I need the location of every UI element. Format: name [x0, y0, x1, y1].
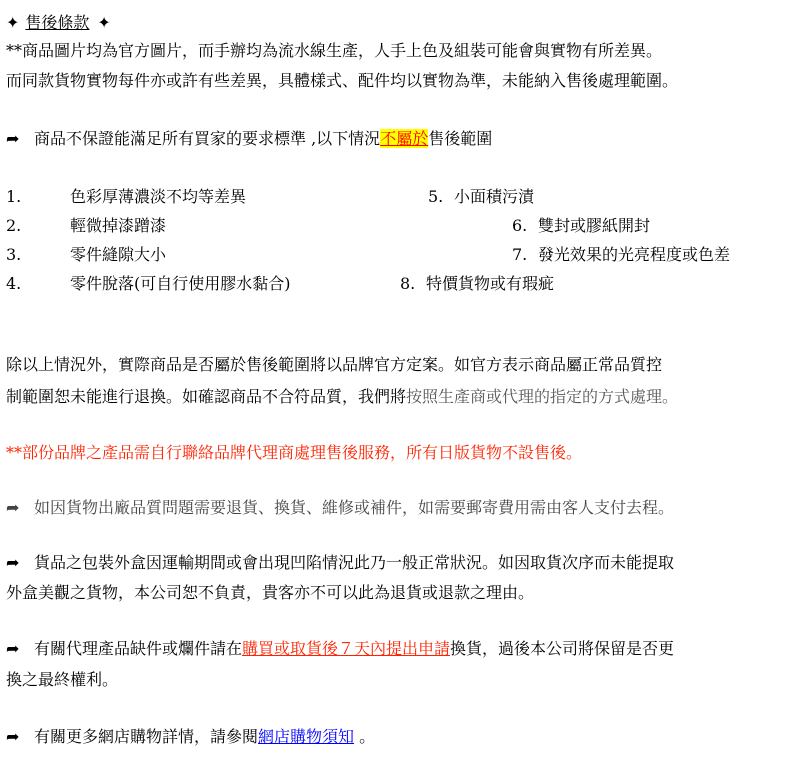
not-covered-highlight: 不屬於: [380, 129, 428, 148]
item-text: 零件縫隙大小: [70, 245, 166, 264]
item-number: 1.: [6, 186, 70, 208]
policy-text: 制範圍恕未能進行退換。如確認商品不合符品質，我們將: [6, 387, 406, 406]
more-info-notice: ➦有關更多網店購物詳情，請參閱網店購物須知 。: [6, 726, 375, 748]
defect-notice-text: 如因貨物出廠品質問題需要退貨、換貨、維修或補件，如需要郵寄費用需由客人支付去程。: [34, 498, 674, 517]
item-text: 雙封或膠紙開封: [538, 216, 650, 235]
more-info-text-end: 。: [354, 727, 375, 746]
exclusion-item: 5.小面積污漬: [428, 186, 534, 208]
brand-notice: **部份品牌之產品需自行聯絡品牌代理商處理售後服務，所有日版貨物不設售後。: [6, 442, 582, 464]
defect-notice: ➦如因貨物出廠品質問題需要退貨、換貨、維修或補件，如需要郵寄費用需由客人支付去程…: [6, 497, 674, 519]
missing-parts-notice-line-2: 換之最終權利。: [6, 669, 118, 691]
diamond-icon: ✦: [97, 12, 110, 34]
more-info-text: 有關更多網店購物詳情，請參閱: [34, 727, 258, 746]
arrow-icon: ➦: [6, 497, 26, 519]
missing-parts-notice-line-1: ➦有關代理產品缺件或爛件請在購買或取貨後７天內提出申請換貨，過後本公司將保留是否…: [6, 638, 674, 660]
exclusion-item: 3.零件縫隙大小: [6, 244, 166, 266]
item-text: 輕微掉漆蹭漆: [70, 216, 166, 235]
exclusion-item: 4.零件脫落(可自行使用膠水黏合): [6, 273, 291, 295]
item-number: 5.: [428, 186, 454, 208]
item-number: 3.: [6, 244, 70, 266]
item-text: 小面積污漬: [454, 187, 534, 206]
item-number: 6.: [512, 215, 538, 237]
item-number: 8.: [400, 273, 426, 295]
arrow-icon: ➦: [6, 552, 26, 574]
policy-line-1: 除以上情況外，實際商品是否屬於售後範圍將以品牌官方定案。如官方表示商品屬正常品質…: [6, 354, 662, 376]
intro-line-2: 而同款貨物實物每件亦或許有些差異，具體樣式、配件均以實物為準，未能納入售後處理範…: [6, 70, 678, 92]
item-text: 特價貨物或有瑕疵: [426, 274, 554, 293]
item-number: 4.: [6, 273, 70, 295]
title-text: 售後條款: [25, 13, 89, 32]
packaging-notice-line-1: ➦貨品之包裝外盒因運輸期間或會出現凹陷情況此乃一般正常狀況。如因取貨次序而未能提…: [6, 552, 674, 574]
packaging-notice-line-2: 外盒美觀之貨物，本公司恕不負責，貴客亦不可以此為退貨或退款之理由。: [6, 582, 534, 604]
diamond-icon: ✦: [6, 12, 19, 34]
exclusion-warning: ➦商品不保證能滿足所有買家的要求標準 ,以下情況不屬於售後範圍: [6, 128, 492, 150]
deadline-text: 購買或取貨後７天內提出申請: [242, 639, 450, 658]
item-text: 零件脫落(可自行使用膠水黏合): [70, 274, 291, 293]
exclusion-item: 8.特價貨物或有瑕疵: [400, 273, 554, 295]
arrow-icon: ➦: [6, 726, 26, 748]
exclusion-item: 6.雙封或膠紙開封: [512, 215, 650, 237]
arrow-icon: ➦: [6, 638, 26, 660]
shopping-guide-link[interactable]: 網店購物須知: [258, 727, 354, 746]
item-text: 發光效果的光亮程度或色差: [538, 245, 730, 264]
missing-parts-text: 有關代理產品缺件或爛件請在: [34, 639, 242, 658]
packaging-notice-text: 貨品之包裝外盒因運輸期間或會出現凹陷情況此乃一般正常狀況。如因取貨次序而未能提取: [34, 553, 674, 572]
missing-parts-text-end: 換貨，過後本公司將保留是否更: [450, 639, 674, 658]
item-number: 7.: [512, 244, 538, 266]
item-text: 色彩厚薄濃淡不均等差異: [70, 187, 246, 206]
arrow-icon: ➦: [6, 128, 26, 150]
intro-line-1: **商品圖片均為官方圖片，而手辦均為流水線生產，人手上色及組裝可能會與實物有所差…: [6, 40, 662, 62]
item-number: 2.: [6, 215, 70, 237]
policy-text-gray: 按照生產商或代理的指定的方式處理。: [406, 387, 678, 406]
exclusion-item: 2.輕微掉漆蹭漆: [6, 215, 166, 237]
warning-text: 商品不保證能滿足所有買家的要求標準 ,以下情況: [34, 129, 380, 148]
exclusion-item: 7.發光效果的光亮程度或色差: [512, 244, 730, 266]
warning-text-end: 售後範圍: [428, 129, 492, 148]
page-title: ✦售後條款✦: [6, 12, 111, 34]
exclusion-item: 1.色彩厚薄濃淡不均等差異: [6, 186, 246, 208]
policy-line-2: 制範圍恕未能進行退換。如確認商品不合符品質，我們將按照生產商或代理的指定的方式處…: [6, 386, 678, 408]
